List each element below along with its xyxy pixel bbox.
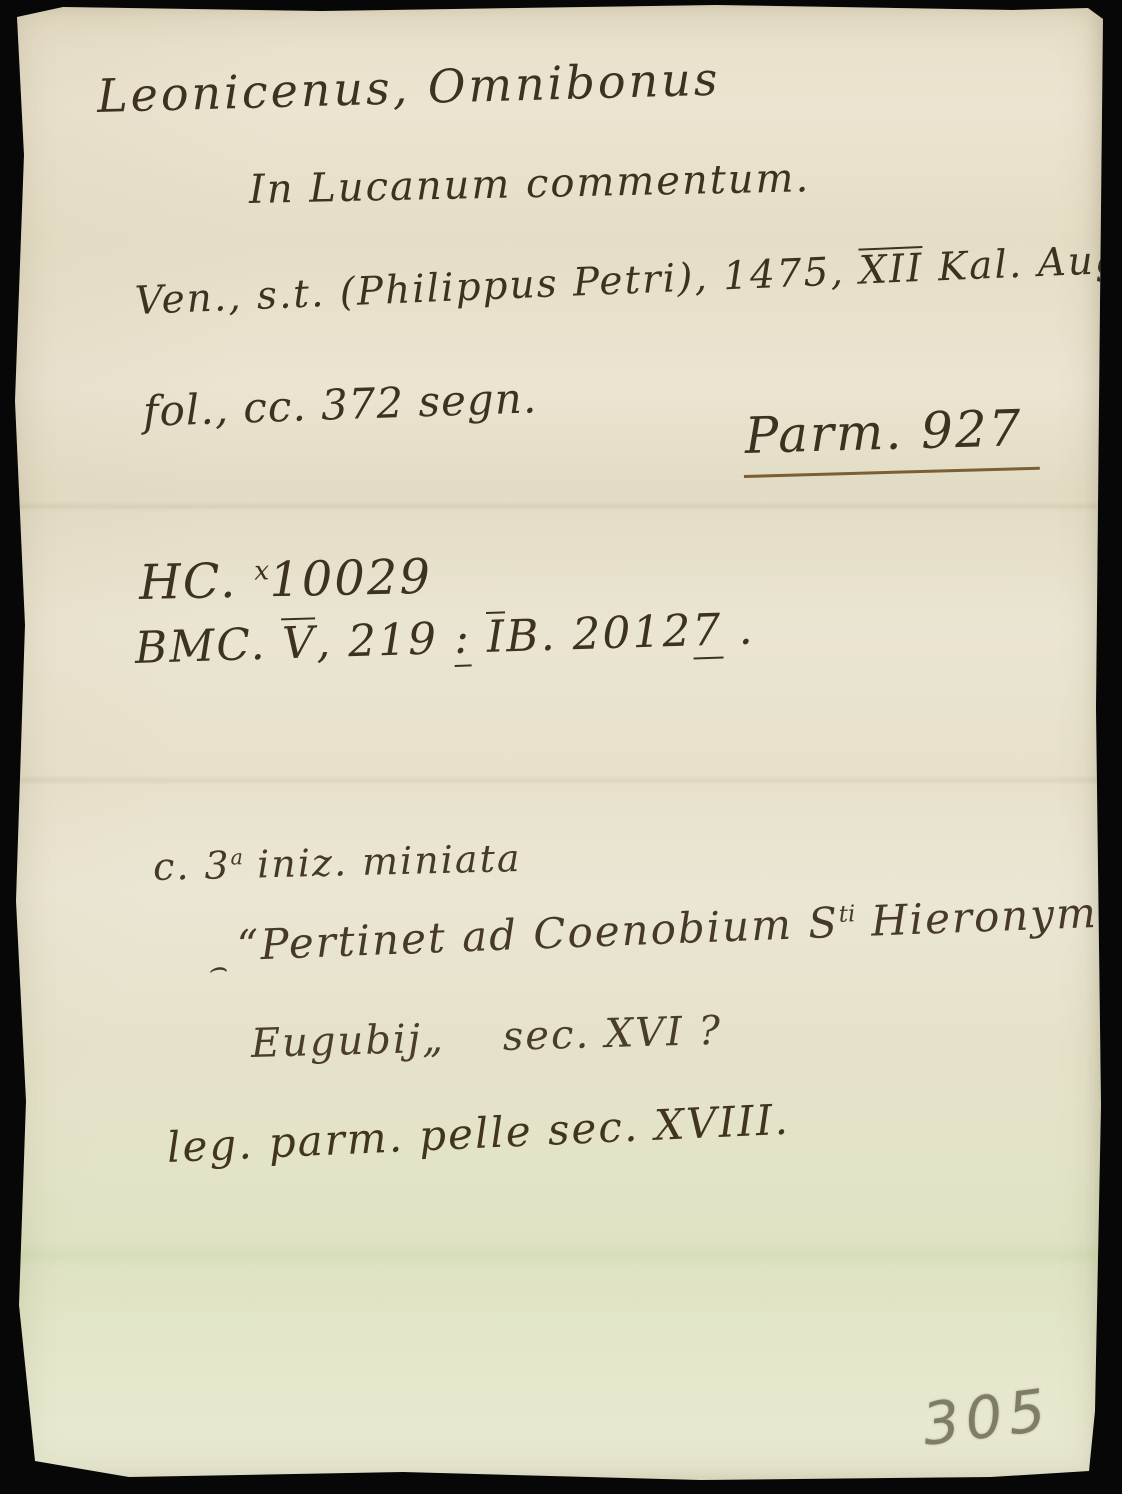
hc-asterisk-mark: x [254, 555, 270, 586]
collation-text: fol., cc. 372 segn. [142, 373, 538, 436]
roman-numeral-overlined: XII [858, 246, 924, 293]
bmc-label: BMC. [134, 618, 283, 674]
paper-crease [11, 1241, 1105, 1267]
shelfmark-text: Parm. 927 [742, 399, 1040, 478]
bmc-colon-underlined: : [453, 615, 471, 667]
collation-line: fol., cc. 372 segn. [142, 373, 538, 436]
paper-crease [11, 501, 1105, 511]
imprint-text-end: Kal. Augusti, [923, 234, 1122, 291]
shelfmark: Parm. 927 [742, 399, 1040, 478]
catalog-card: Leonicenus, Omnibonus In Lucanum comment… [11, 3, 1105, 1483]
paper-crease [11, 775, 1105, 785]
hc-number: 10029 [269, 549, 433, 608]
bmc-ib-number: B. 2012 [505, 605, 693, 662]
bmc-ib-i-overlined: I [486, 611, 507, 661]
author-heading-text: Leonicenus, Omnibonus [96, 52, 721, 123]
bmc-end-dot: . [722, 604, 756, 656]
pencil-number: 305 [919, 1376, 1055, 1459]
imprint-text: Ven., s.t. (Philippus Petri), 1475, [134, 249, 860, 324]
photo-background: Leonicenus, Omnibonus In Lucanum comment… [0, 0, 1122, 1494]
initial-note-text: c. 3 [152, 843, 231, 889]
provenance-line-2: Eugubij„sec. XVI ? [250, 1008, 722, 1067]
bmc-reference: BMC. V, 219 : IB. 20127 . [134, 604, 755, 678]
bmc-space [470, 612, 488, 663]
provenance-text: Pertinet ad Coenobium S [260, 898, 840, 969]
provenance-century: sec. XVI ? [502, 1008, 723, 1060]
author-heading: Leonicenus, Omnibonus [96, 52, 721, 123]
provenance-text-end: Hieronymi [855, 887, 1114, 946]
hc-reference: HC. x10029 [138, 549, 432, 611]
binding-note: leg. parm. pelle sec. XVIII. [166, 1095, 791, 1172]
spacer [445, 1050, 503, 1052]
initial-note-sup: a [230, 845, 243, 869]
bmc-seven-underlined: 7 [692, 608, 724, 660]
provenance-line-1: “Pertinet ad Coenobium Sti Hieronymi [236, 887, 1114, 970]
provenance-sup-ti: ti [838, 901, 856, 928]
imprint-line: Ven., s.t. (Philippus Petri), 1475, XII … [134, 234, 1122, 324]
title-line: In Lucanum commentum. [249, 155, 811, 213]
pencil-number-text: 305 [919, 1376, 1055, 1459]
initial-note: c. 3a iniz. miniata [152, 836, 521, 889]
open-quote: “ [236, 920, 261, 970]
hc-label: HC. [138, 553, 255, 611]
continuation-mark: ⌢ [206, 950, 228, 986]
bmc-page: , 219 [315, 613, 454, 668]
bmc-volume-overlined: V [282, 617, 317, 667]
close-low-quote: „ [421, 1016, 445, 1063]
initial-note-text-end: iniz. miniata [243, 836, 522, 887]
provenance-place: Eugubij [250, 1016, 422, 1067]
title-text: In Lucanum commentum. [249, 155, 811, 213]
continuation-mark-glyph: ⌢ [206, 950, 228, 986]
binding-note-text: leg. parm. pelle sec. XVIII. [166, 1095, 791, 1172]
